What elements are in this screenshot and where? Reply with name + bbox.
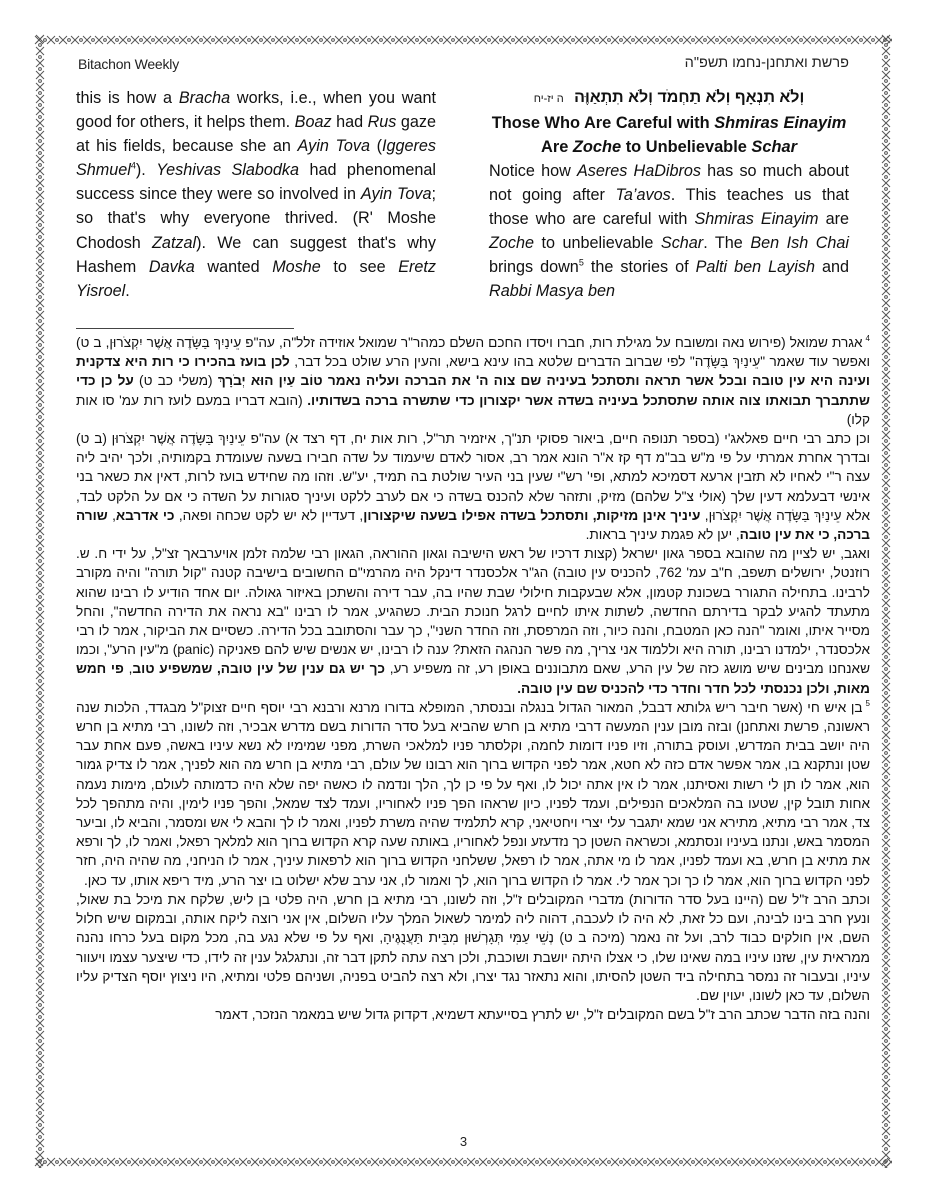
footnote-5: 5בן איש חי (אשר חיבר ריש גלותא דבבל, המא… xyxy=(76,698,870,1024)
footnote-marker: 5 xyxy=(579,258,584,268)
border-right-pattern xyxy=(880,34,892,1168)
footnote-separator xyxy=(76,328,294,329)
article-title: Those Who Are Careful with Shmiras Einay… xyxy=(489,111,849,159)
footnote-marker: 4 xyxy=(131,161,136,171)
parsha-title: פרשת ואתחנן-נחמו תשפ"ה xyxy=(685,55,849,71)
left-paragraph: this is how a Bracha works, i.e., when y… xyxy=(76,86,436,303)
verse-reference: ה יז-יח xyxy=(534,93,564,105)
right-column: וְלֹא תִנְאָף וְלֹא תַחְמֹד וְלֹא תִתְאַ… xyxy=(489,86,849,304)
footnotes: 4אגרת שמואל (פירוש נאה ומשובח על מגילת ר… xyxy=(76,333,870,1024)
border-top-pattern xyxy=(34,34,892,46)
border-left-pattern xyxy=(34,34,46,1168)
hebrew-verse-title: וְלֹא תִנְאָף וְלֹא תַחְמֹד וְלֹא תִתְאַ… xyxy=(489,86,849,111)
publication-title: Bitachon Weekly xyxy=(78,56,179,72)
footnote-4: 4אגרת שמואל (פירוש נאה ומשובח על מגילת ר… xyxy=(76,333,870,698)
page-number: 3 xyxy=(0,1134,927,1149)
left-column: this is how a Bracha works, i.e., when y… xyxy=(76,86,436,303)
right-paragraph: Notice how Aseres HaDibros has so much a… xyxy=(489,159,849,304)
footnote-marker: 5 xyxy=(866,699,870,708)
hebrew-verse: וְלֹא תִנְאָף וְלֹא תַחְמֹד וְלֹא תִתְאַ… xyxy=(574,89,804,106)
border-bottom-pattern xyxy=(34,1156,892,1168)
footnote-marker: 4 xyxy=(866,334,870,343)
